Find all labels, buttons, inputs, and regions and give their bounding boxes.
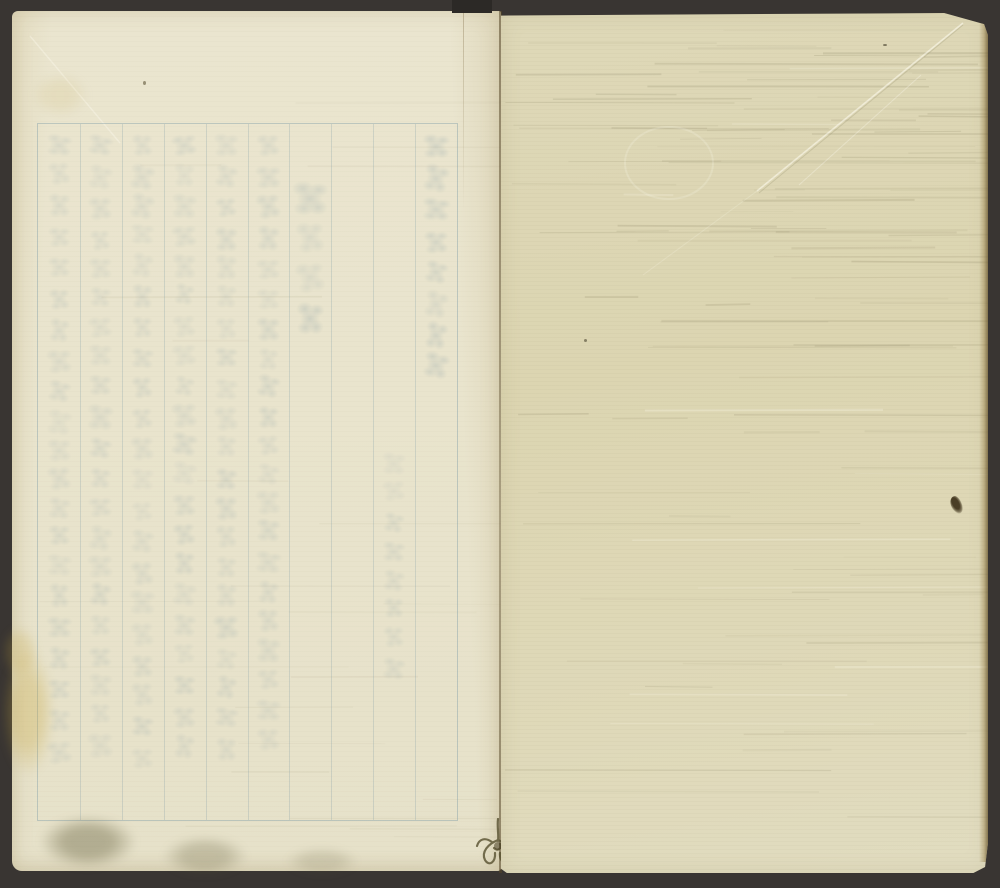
bleedthrough-character	[173, 549, 196, 576]
bleedthrough-character	[422, 133, 450, 159]
bleedthrough-character	[257, 345, 280, 371]
bleedthrough-character	[47, 192, 70, 218]
bleedthrough-character	[87, 193, 115, 221]
bleedthrough-character	[381, 540, 406, 563]
bleedthrough-character	[292, 179, 329, 216]
bleedthrough-character	[255, 516, 282, 543]
bleedthrough-character	[213, 645, 239, 671]
bleedthrough-character	[47, 255, 72, 279]
column-rule	[122, 124, 123, 820]
bleedthrough-character	[89, 285, 114, 309]
bleedthrough-character	[170, 222, 200, 250]
bleedthrough-character	[130, 498, 155, 523]
leaf-fold-line	[463, 11, 464, 211]
bleedthrough-character	[171, 520, 198, 548]
column-rule	[331, 124, 332, 820]
bleedthrough-character	[48, 580, 70, 609]
bleedthrough-character	[88, 342, 114, 367]
bleedthrough-character	[214, 466, 239, 492]
bleedthrough-character	[86, 402, 115, 432]
bleedthrough-character	[46, 677, 71, 700]
bleedthrough-character	[214, 194, 239, 219]
bleedthrough-character	[46, 436, 72, 463]
bleedthrough-character	[130, 745, 156, 770]
bleedthrough-character	[420, 161, 452, 196]
bleedthrough-column-body-column	[88, 132, 113, 763]
bleedthrough-character	[87, 435, 114, 461]
bleedthrough-character	[130, 466, 155, 491]
column-rule	[415, 124, 416, 820]
bleedthrough-character	[129, 250, 156, 281]
bleedthrough-character	[255, 132, 282, 159]
bleedthrough-character	[170, 340, 200, 369]
bleedthrough-column-body-column	[172, 132, 197, 763]
bleedthrough-character	[254, 164, 282, 191]
bleedthrough-character	[254, 487, 283, 518]
bleedthrough-character	[423, 229, 450, 255]
bleedthrough-character	[86, 522, 116, 554]
bleedthrough-character	[46, 644, 71, 672]
bleedthrough-character	[86, 132, 116, 158]
bleedthrough-character	[129, 526, 157, 555]
bleedthrough-character	[127, 161, 158, 193]
bleedthrough-character	[87, 671, 114, 698]
bleedthrough-character	[171, 703, 198, 730]
bleedthrough-character	[173, 162, 195, 189]
bleedthrough-character	[212, 402, 241, 433]
bleedthrough-character	[420, 348, 452, 381]
bleedthrough-character	[170, 132, 200, 159]
bleedthrough-character	[255, 460, 282, 487]
bleedthrough-character	[89, 373, 113, 396]
right-page	[501, 13, 988, 873]
ruled-text-block	[37, 123, 458, 821]
bleedthrough-column-annotation-column	[382, 451, 406, 686]
bleedthrough-character	[129, 557, 157, 588]
bleedthrough-character	[171, 311, 199, 340]
bleedthrough-character	[90, 613, 113, 637]
bleedthrough-character	[422, 257, 451, 286]
bleedthrough-character	[172, 373, 197, 399]
spine-notch	[452, 0, 492, 13]
bleedthrough-character	[254, 372, 283, 401]
bleedthrough-character	[381, 655, 408, 681]
bleedthrough-character	[255, 256, 283, 282]
fly-speck	[883, 44, 887, 46]
bleedthrough-column-body-column	[130, 132, 155, 772]
bleedthrough-character	[380, 478, 408, 504]
bleedthrough-character	[255, 432, 281, 458]
bleedthrough-character	[214, 346, 239, 368]
bleedthrough-character	[215, 282, 239, 309]
bleedthrough-character	[213, 132, 240, 158]
bleedthrough-character	[381, 451, 407, 477]
bleedthrough-character	[88, 579, 115, 608]
bleedthrough-character	[255, 286, 281, 311]
bleedthrough-character	[255, 724, 282, 752]
bleedthrough-character	[45, 552, 73, 578]
bleedthrough-character	[382, 624, 406, 649]
bleedthrough-character	[45, 132, 74, 157]
bleedthrough-character	[89, 701, 113, 726]
bleedthrough-character	[132, 282, 154, 309]
bleedthrough-character	[421, 196, 452, 222]
bleedthrough-character	[46, 158, 73, 187]
book-photo: Photograph of an open thread-bound East …	[0, 0, 1000, 888]
bleedthrough-character	[172, 612, 198, 638]
bleedthrough-character	[214, 224, 238, 252]
bleedthrough-character	[254, 697, 282, 722]
bleedthrough-character	[130, 404, 155, 431]
bleedthrough-character	[86, 313, 115, 340]
bleedthrough-character	[130, 373, 155, 400]
bleedthrough-character	[173, 674, 197, 696]
column-rule	[248, 124, 249, 820]
column-rule	[373, 124, 374, 820]
bleedthrough-character	[258, 404, 280, 429]
bleedthrough-character	[169, 399, 200, 430]
fly-speck	[584, 339, 587, 342]
column-rule	[206, 124, 207, 820]
bleedthrough-character	[292, 258, 328, 297]
bleedthrough-character	[130, 346, 156, 370]
bleedthrough-character	[212, 161, 240, 190]
bleedthrough-column-title-column	[423, 132, 450, 383]
bleedthrough-character	[129, 433, 157, 463]
bleedthrough-character	[256, 605, 282, 634]
bleedthrough-character	[213, 672, 239, 701]
bleedthrough-character	[172, 640, 197, 666]
bleedthrough-character	[256, 224, 281, 253]
bleedthrough-character	[86, 161, 116, 192]
bleedthrough-character	[129, 588, 157, 616]
bleedthrough-character	[44, 406, 74, 438]
bleedthrough-character	[213, 705, 241, 730]
bleedthrough-character	[88, 644, 114, 669]
bleedthrough-character	[171, 191, 199, 220]
bleedthrough-character	[171, 491, 198, 518]
bleedthrough-character	[421, 286, 451, 320]
bleedthrough-character	[47, 315, 71, 344]
bleedthrough-character	[47, 225, 71, 248]
column-rule	[164, 124, 165, 820]
bleedthrough-character	[294, 218, 328, 256]
bleedthrough-character	[256, 578, 281, 606]
bleedthrough-character	[43, 737, 75, 767]
bleedthrough-character	[169, 457, 200, 487]
bleedthrough-character	[129, 619, 157, 650]
bleedthrough-character	[86, 552, 115, 580]
bleedthrough-character	[256, 315, 282, 343]
bleedthrough-character	[384, 596, 405, 619]
bleedthrough-character	[47, 286, 71, 311]
bleedthrough-character	[131, 314, 154, 339]
bleedthrough-character	[86, 729, 116, 760]
bleedthrough-character	[172, 731, 197, 761]
bleedthrough-character	[47, 707, 72, 733]
bleedthrough-character	[255, 665, 282, 692]
bleedthrough-character	[130, 652, 155, 679]
bleedthrough-column-body-column	[214, 132, 239, 764]
bleedthrough-character	[45, 463, 74, 493]
bleedthrough-character	[382, 509, 407, 534]
column-rule	[80, 124, 81, 820]
bleedthrough-column-section-heading-column	[293, 180, 328, 340]
bleedthrough-character	[89, 466, 113, 490]
bleedthrough-character	[173, 280, 197, 307]
bleedthrough-character	[87, 495, 114, 520]
bleedthrough-character	[211, 612, 241, 642]
left-page	[12, 11, 501, 871]
bleedthrough-character	[213, 376, 240, 401]
bleedthrough-character	[215, 581, 239, 609]
bleedthrough-character	[130, 713, 156, 737]
bleedthrough-character	[127, 190, 158, 223]
bleedthrough-character	[296, 301, 325, 336]
column-rule	[289, 124, 290, 820]
bleedthrough-character	[131, 132, 155, 158]
bleedthrough-character	[130, 222, 156, 245]
fly-speck	[143, 81, 146, 85]
bleedthrough-character	[46, 614, 73, 638]
bleedthrough-character	[46, 494, 72, 521]
bleedthrough-character	[170, 579, 200, 609]
bleedthrough-character	[215, 554, 238, 579]
bleedthrough-character	[44, 346, 74, 375]
corner-crease-right	[501, 13, 988, 333]
bleedthrough-column-body-column	[256, 132, 281, 755]
bleedthrough-character	[215, 736, 237, 763]
bleedthrough-character	[47, 523, 72, 547]
fore-edge-band	[979, 23, 988, 862]
bleedthrough-character	[129, 679, 156, 710]
bleedthrough-character	[253, 549, 283, 576]
bleedthrough-character	[89, 227, 113, 253]
bleedthrough-character	[255, 635, 283, 664]
bleedthrough-character	[422, 318, 450, 351]
bleedthrough-column-body-column	[47, 132, 72, 770]
bleedthrough-character	[172, 251, 198, 280]
bleedthrough-character	[214, 521, 240, 550]
bleedthrough-character	[213, 493, 240, 523]
bleedthrough-character	[381, 567, 407, 593]
bleedthrough-character	[169, 429, 200, 458]
bleedthrough-character	[88, 255, 114, 281]
bleedthrough-character	[254, 190, 284, 222]
bleedthrough-character	[214, 314, 239, 342]
bleedthrough-character	[215, 434, 238, 459]
bleedthrough-character	[45, 377, 73, 404]
bleedthrough-character	[215, 252, 239, 280]
